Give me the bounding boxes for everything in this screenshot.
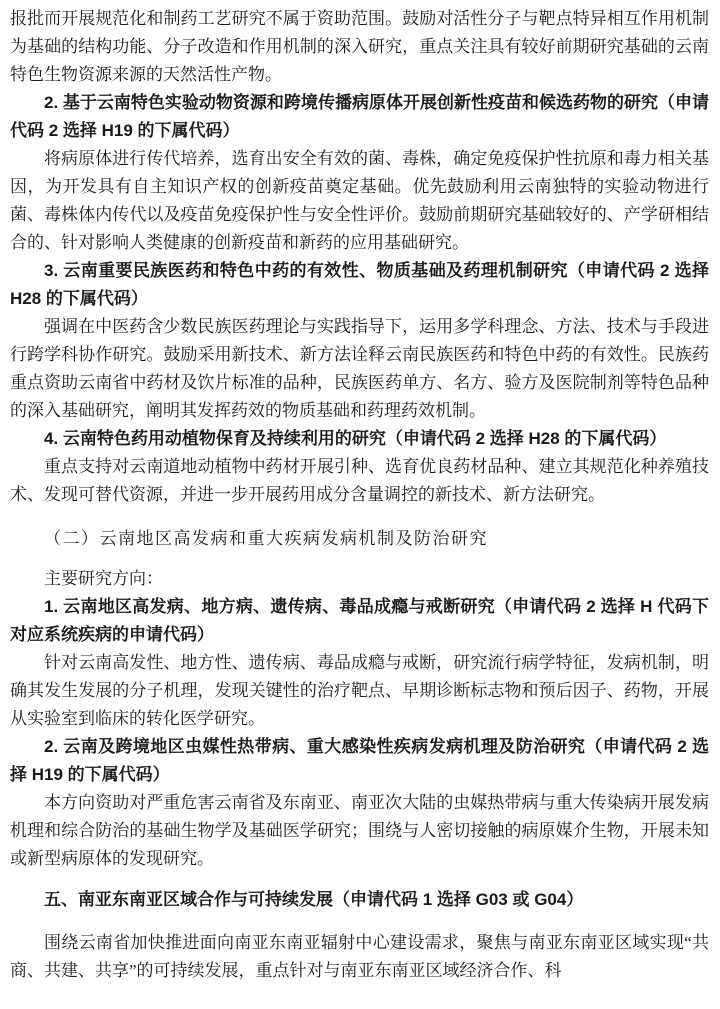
numbered-heading-4: 4. 云南特色药用动植物保育及持续利用的研究（申请代码 2 选择 H28 的下属… <box>10 425 709 453</box>
chapter-heading-5: 五、南亚东南亚区域合作与可持续发展（申请代码 1 选择 G03 或 G04） <box>10 886 709 914</box>
numbered-heading-2b: 2. 云南及跨境地区虫媒性热带病、重大感染性疾病发病机理及防治研究（申请代码 2… <box>10 733 709 789</box>
body-paragraph: 强调在中医药含少数民族医药理论与实践指导下，运用多学科理念、方法、技术与手段进行… <box>10 313 709 425</box>
body-paragraph-cutoff: 围绕云南省加快推进面向南亚东南亚辐射中心建设需求，聚焦与南亚东南亚区域实现“共商… <box>10 929 709 985</box>
document-page: 报批而开展规范化和制药工艺研究不属于资助范围。鼓励对活性分子与靶点特异相互作用机… <box>0 0 720 1009</box>
body-paragraph-continued: 报批而开展规范化和制药工艺研究不属于资助范围。鼓励对活性分子与靶点特异相互作用机… <box>10 5 709 89</box>
numbered-heading-1: 1. 云南地区高发病、地方病、遗传病、毒品成瘾与戒断研究（申请代码 2 选择 H… <box>10 593 709 649</box>
body-paragraph: 本方向资助对严重危害云南省及东南亚、南亚次大陆的虫媒热带病与重大传染病开展发病机… <box>10 789 709 873</box>
body-paragraph: 重点支持对云南道地动植物中药材开展引种、选育优良药材品种、建立其规范化种养殖技术… <box>10 453 709 509</box>
research-directions-label: 主要研究方向： <box>10 565 709 593</box>
body-paragraph: 将病原体进行传代培养，选育出安全有效的菌、毒株，确定免疫保护性抗原和毒力相关基因… <box>10 145 709 257</box>
numbered-heading-3: 3. 云南重要民族医药和特色中药的有效性、物质基础及药理机制研究（申请代码 2 … <box>10 257 709 313</box>
body-paragraph: 针对云南高发性、地方性、遗传病、毒品成瘾与戒断，研究流行病学特征，发病机制，明确… <box>10 649 709 733</box>
numbered-heading-2: 2. 基于云南特色实验动物资源和跨境传播病原体开展创新性疫苗和候选药物的研究（申… <box>10 89 709 145</box>
subsection-heading: （二）云南地区高发病和重大疾病发病机制及防治研究 <box>10 525 709 553</box>
